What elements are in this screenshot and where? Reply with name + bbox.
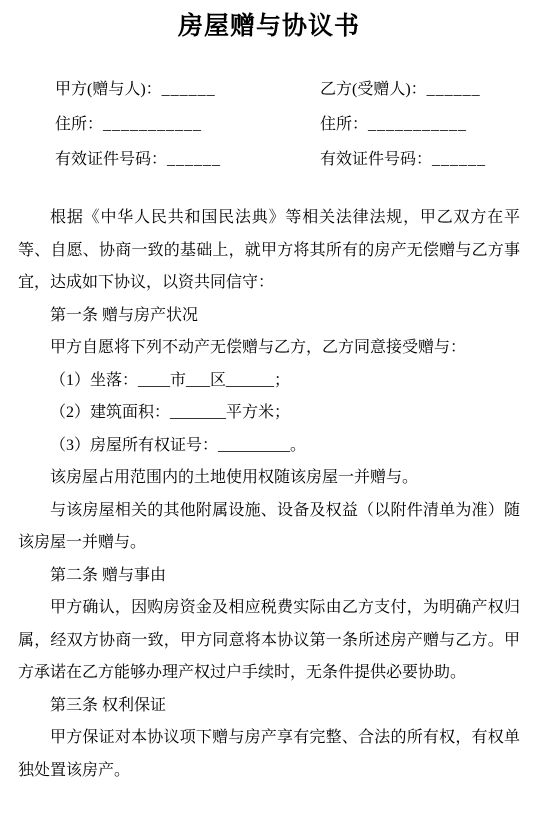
ancillary-facilities-paragraph: 与该房屋相关的其他附属设施、设备及权益（以附件清单为准）随该房屋一并赠与。 [18,495,520,560]
article-1-intro: 甲方自愿将下列不动产无偿赠与乙方，乙方同意接受赠与： [18,332,520,365]
clause-item-floor-area: （2）建筑面积：_______平方米； [18,397,520,430]
party-b-id-blank: ______ [432,151,486,168]
clause-item-ownership-cert: （3）房屋所有权证号：_________。 [18,430,520,463]
party-b-name-line: 乙方(受赠人)：______ [320,72,520,107]
party-b-address-line: 住所：___________ [320,107,520,142]
party-a-address-blank: ___________ [103,116,202,133]
party-a-id-blank: ______ [167,151,221,168]
clause-item-location: （1）坐落：____市___区______； [18,365,520,398]
party-b-name-blank: ______ [427,81,481,98]
article-2-body: 甲方确认，因购房资金及相应税费实际由乙方支付，为明确产权归属，经双方协商一致，甲… [18,592,520,690]
party-a-id-label: 有效证件号码： [55,151,167,168]
party-address-row: 住所：___________ 住所：___________ [55,107,520,142]
party-a-name-label: 甲方(赠与人)： [55,81,162,98]
document-title: 房屋赠与协议书 [18,8,520,44]
party-b-address-blank: ___________ [368,116,467,133]
party-b-name-label: 乙方(受赠人)： [320,81,427,98]
parties-block: 甲方(赠与人)：______ 乙方(受赠人)：______ 住所：_______… [55,72,520,177]
party-b-address-label: 住所： [320,116,368,133]
article-2-heading: 第二条 赠与事由 [18,560,520,593]
article-1-heading: 第一条 赠与房产状况 [18,300,520,333]
article-3-body: 甲方保证对本协议项下赠与房产享有完整、合法的所有权，有权单独处置该房产。 [18,722,520,787]
party-id-row: 有效证件号码：______ 有效证件号码：______ [55,142,520,177]
contract-document-page: 房屋赠与协议书 甲方(赠与人)：______ 乙方(受赠人)：______ 住所… [0,0,559,823]
party-b-id-label: 有效证件号码： [320,151,432,168]
party-name-row: 甲方(赠与人)：______ 乙方(受赠人)：______ [55,72,520,107]
article-3-heading: 第三条 权利保证 [18,690,520,723]
party-a-name-line: 甲方(赠与人)：______ [55,72,320,107]
document-body: 根据《中华人民共和国民法典》等相关法律法规，甲乙双方在平等、自愿、协商一致的基础… [18,202,520,787]
land-use-right-paragraph: 该房屋占用范围内的土地使用权随该房屋一并赠与。 [18,462,520,495]
party-a-address-label: 住所： [55,116,103,133]
party-a-name-blank: ______ [162,81,216,98]
preamble-paragraph: 根据《中华人民共和国民法典》等相关法律法规，甲乙双方在平等、自愿、协商一致的基础… [18,202,520,300]
party-a-id-line: 有效证件号码：______ [55,142,320,177]
party-a-address-line: 住所：___________ [55,107,320,142]
party-b-id-line: 有效证件号码：______ [320,142,520,177]
